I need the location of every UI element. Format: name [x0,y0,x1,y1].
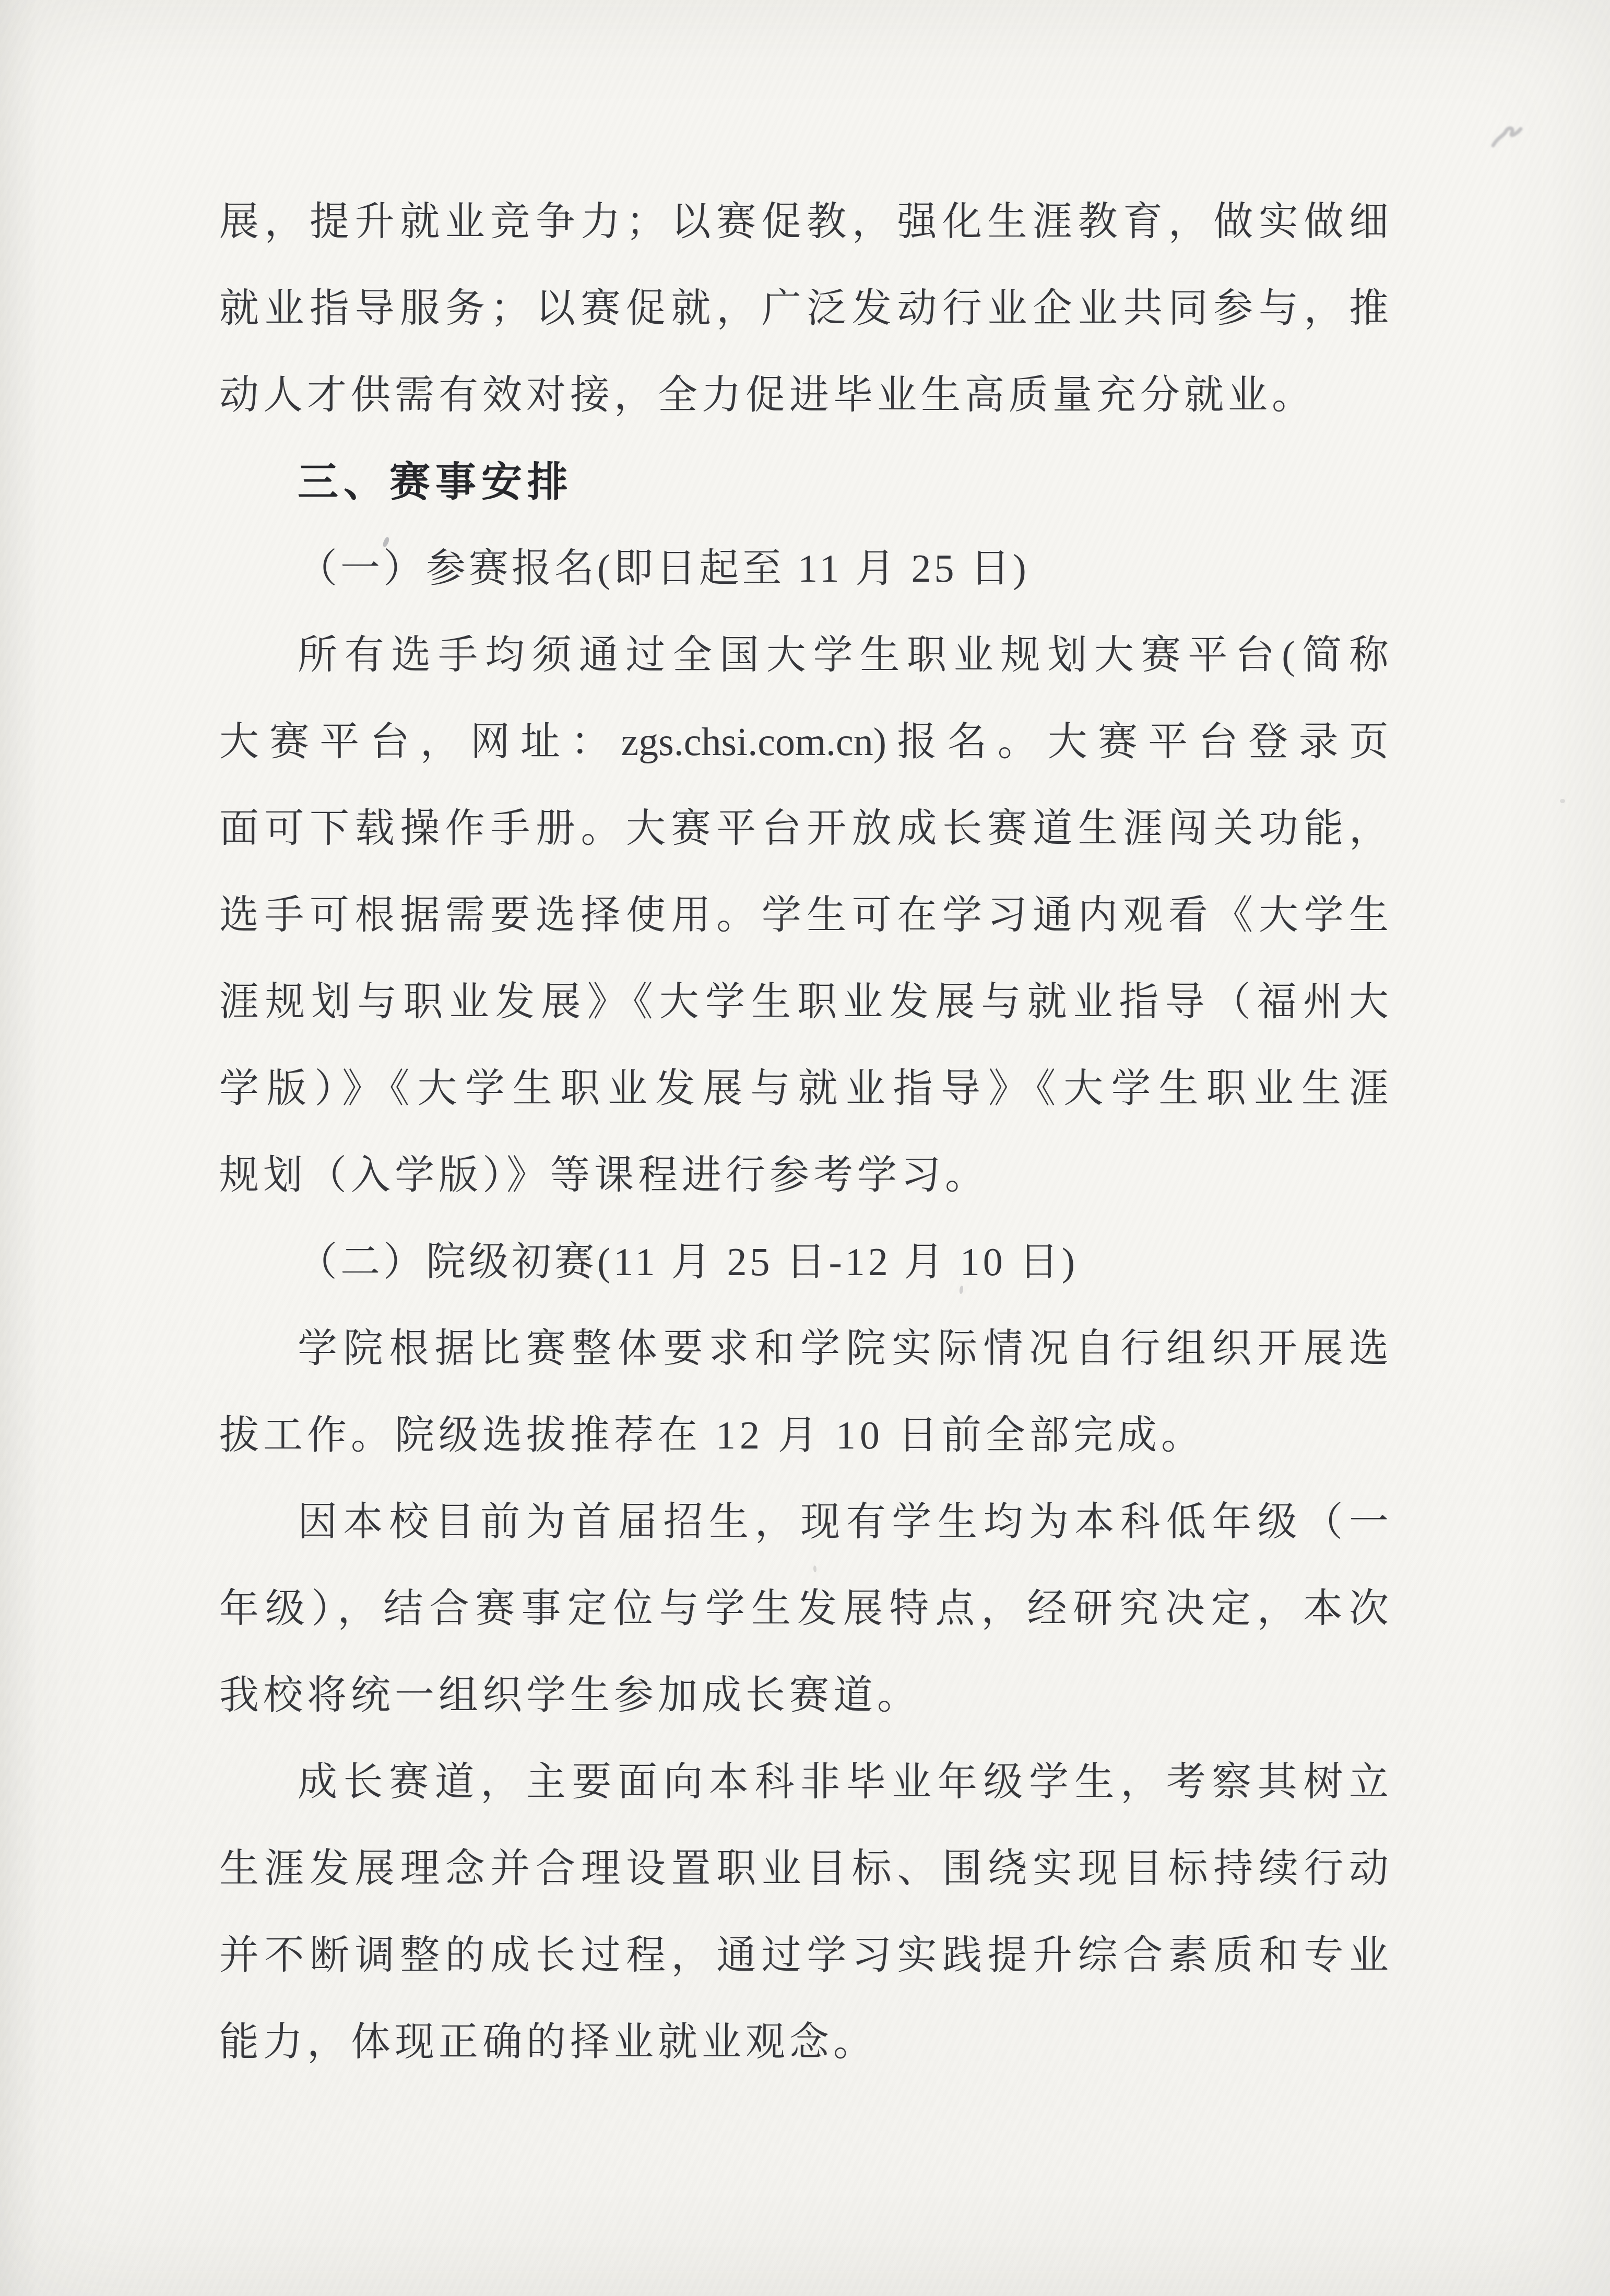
body-text-line: 展，提升就业竞争力；以赛促教，强化生涯教育，做实做细 [219,179,1389,265]
body-text-line: 规划（入学版）》等课程进行参考学习。 [219,1132,1389,1219]
scanned-document-page: 展，提升就业竞争力；以赛促教，强化生涯教育，做实做细就业指导服务；以赛促就，广泛… [0,0,1610,2296]
body-text-line: 生涯发展理念并合理设置职业目标、围绕实现目标持续行动 [219,1826,1389,1912]
body-text-line: 能力，体现正确的择业就业观念。 [219,1999,1389,2086]
body-text-line: 面可下载操作手册。大赛平台开放成长赛道生涯闯关功能， [219,785,1389,872]
body-text-line: 并不断调整的成长过程，通过学习实践提升综合素质和专业 [219,1912,1389,1999]
body-text-line: 年级），结合赛事定位与学生发展特点，经研究决定，本次 [219,1565,1389,1652]
document-text-block: 展，提升就业竞争力；以赛促教，强化生涯教育，做实做细就业指导服务；以赛促就，广泛… [219,179,1389,2086]
body-text-line: 大赛平台，网址：zgs.chsi.com.cn)报名。大赛平台登录页 [219,699,1389,785]
scan-edge-shadow [0,0,37,2296]
body-text-line: 我校将统一组织学生参加成长赛道。 [219,1652,1389,1739]
subsection-heading: （二）院级初赛(11 月 25 日-12 月 10 日) [219,1219,1389,1305]
body-text-line: 就业指导服务；以赛促就，广泛发动行业企业共同参与，推 [219,265,1389,352]
body-text-line: 学院根据比赛整体要求和学院实际情况自行组织开展选 [219,1305,1389,1392]
scan-speck [1560,799,1565,803]
body-text-line: 涯规划与职业发展》《大学生职业发展与就业指导（福州大 [219,959,1389,1045]
body-text-line: 动人才供需有效对接，全力促进毕业生高质量充分就业。 [219,352,1389,439]
body-text-line: 因本校目前为首届招生，现有学生均为本科低年级（一 [219,1479,1389,1565]
scan-smudge-mark [1483,115,1535,156]
subsection-heading: （一）参赛报名(即日起至 11 月 25 日) [219,525,1389,612]
body-text-line: 成长赛道，主要面向本科非毕业年级学生，考察其树立 [219,1739,1389,1826]
body-text-line: 学版）》《大学生职业发展与就业指导》《大学生职业生涯 [219,1045,1389,1132]
body-text-line: 选手可根据需要选择使用。学生可在学习通内观看《大学生 [219,872,1389,959]
section-heading: 三、赛事安排 [219,439,1389,525]
body-text-line: 所有选手均须通过全国大学生职业规划大赛平台(简称 [219,612,1389,699]
body-text-line: 拔工作。院级选拔推荐在 12 月 10 日前全部完成。 [219,1392,1389,1479]
